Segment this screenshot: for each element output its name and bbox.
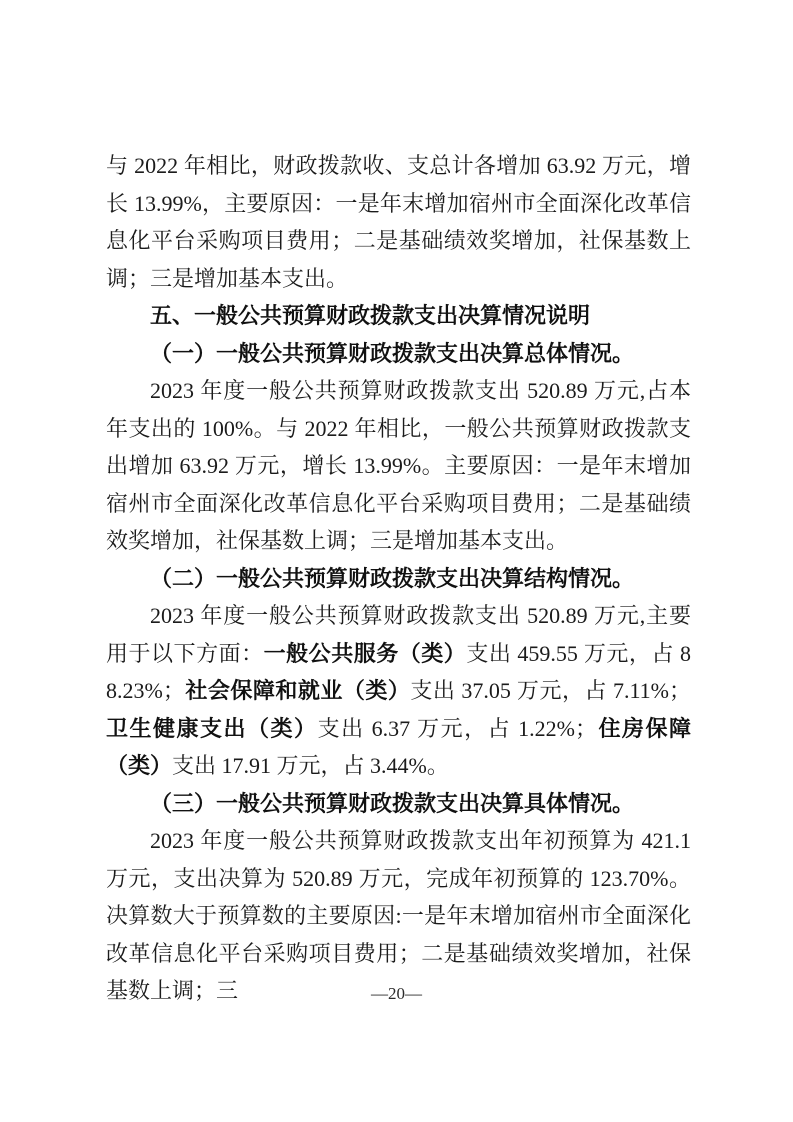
paragraph-specific-situation: 2023 年度一般公共预算财政拨款支出年初预算为 421.1 万元，支出决算为 … <box>106 822 691 1010</box>
subsection-heading-two: （二）一般公共预算财政拨款支出决算结构情况。 <box>106 560 691 598</box>
section-heading-five: 五、一般公共预算财政拨款支出决算情况说明 <box>106 297 691 335</box>
paragraph-structure-breakdown: 2023 年度一般公共预算财政拨款支出 520.89 万元,主要用于以下方面：一… <box>106 597 691 785</box>
document-page: 与 2022 年相比，财政拨款收、支总计各增加 63.92 万元，增长 13.9… <box>0 0 793 1122</box>
text-segment-housing-value: 支出 17.91 万元，占 3.44%。 <box>172 753 449 778</box>
category-label-social-security-employment: 社会保障和就业（类） <box>185 678 411 703</box>
paragraph-overall-situation: 2023 年度一般公共预算财政拨款支出 520.89 万元,占本年支出的 100… <box>106 372 691 560</box>
page-number: —20— <box>0 983 793 1005</box>
text-segment-health-value: 支出 6.37 万元，占 1.22%； <box>318 716 597 741</box>
paragraph-fiscal-total-comparison: 与 2022 年相比，财政拨款收、支总计各增加 63.92 万元，增长 13.9… <box>106 147 691 297</box>
document-content: 与 2022 年相比，财政拨款收、支总计各增加 63.92 万元，增长 13.9… <box>106 147 691 1010</box>
category-label-health: 卫生健康支出（类） <box>106 716 318 741</box>
text-segment-social-security-value: 支出 37.05 万元，占 7.11%； <box>410 678 691 703</box>
subsection-heading-three: （三）一般公共预算财政拨款支出决算具体情况。 <box>106 785 691 823</box>
subsection-heading-one: （一）一般公共预算财政拨款支出决算总体情况。 <box>106 335 691 373</box>
category-label-general-public-services: 一般公共服务（类） <box>264 641 467 666</box>
